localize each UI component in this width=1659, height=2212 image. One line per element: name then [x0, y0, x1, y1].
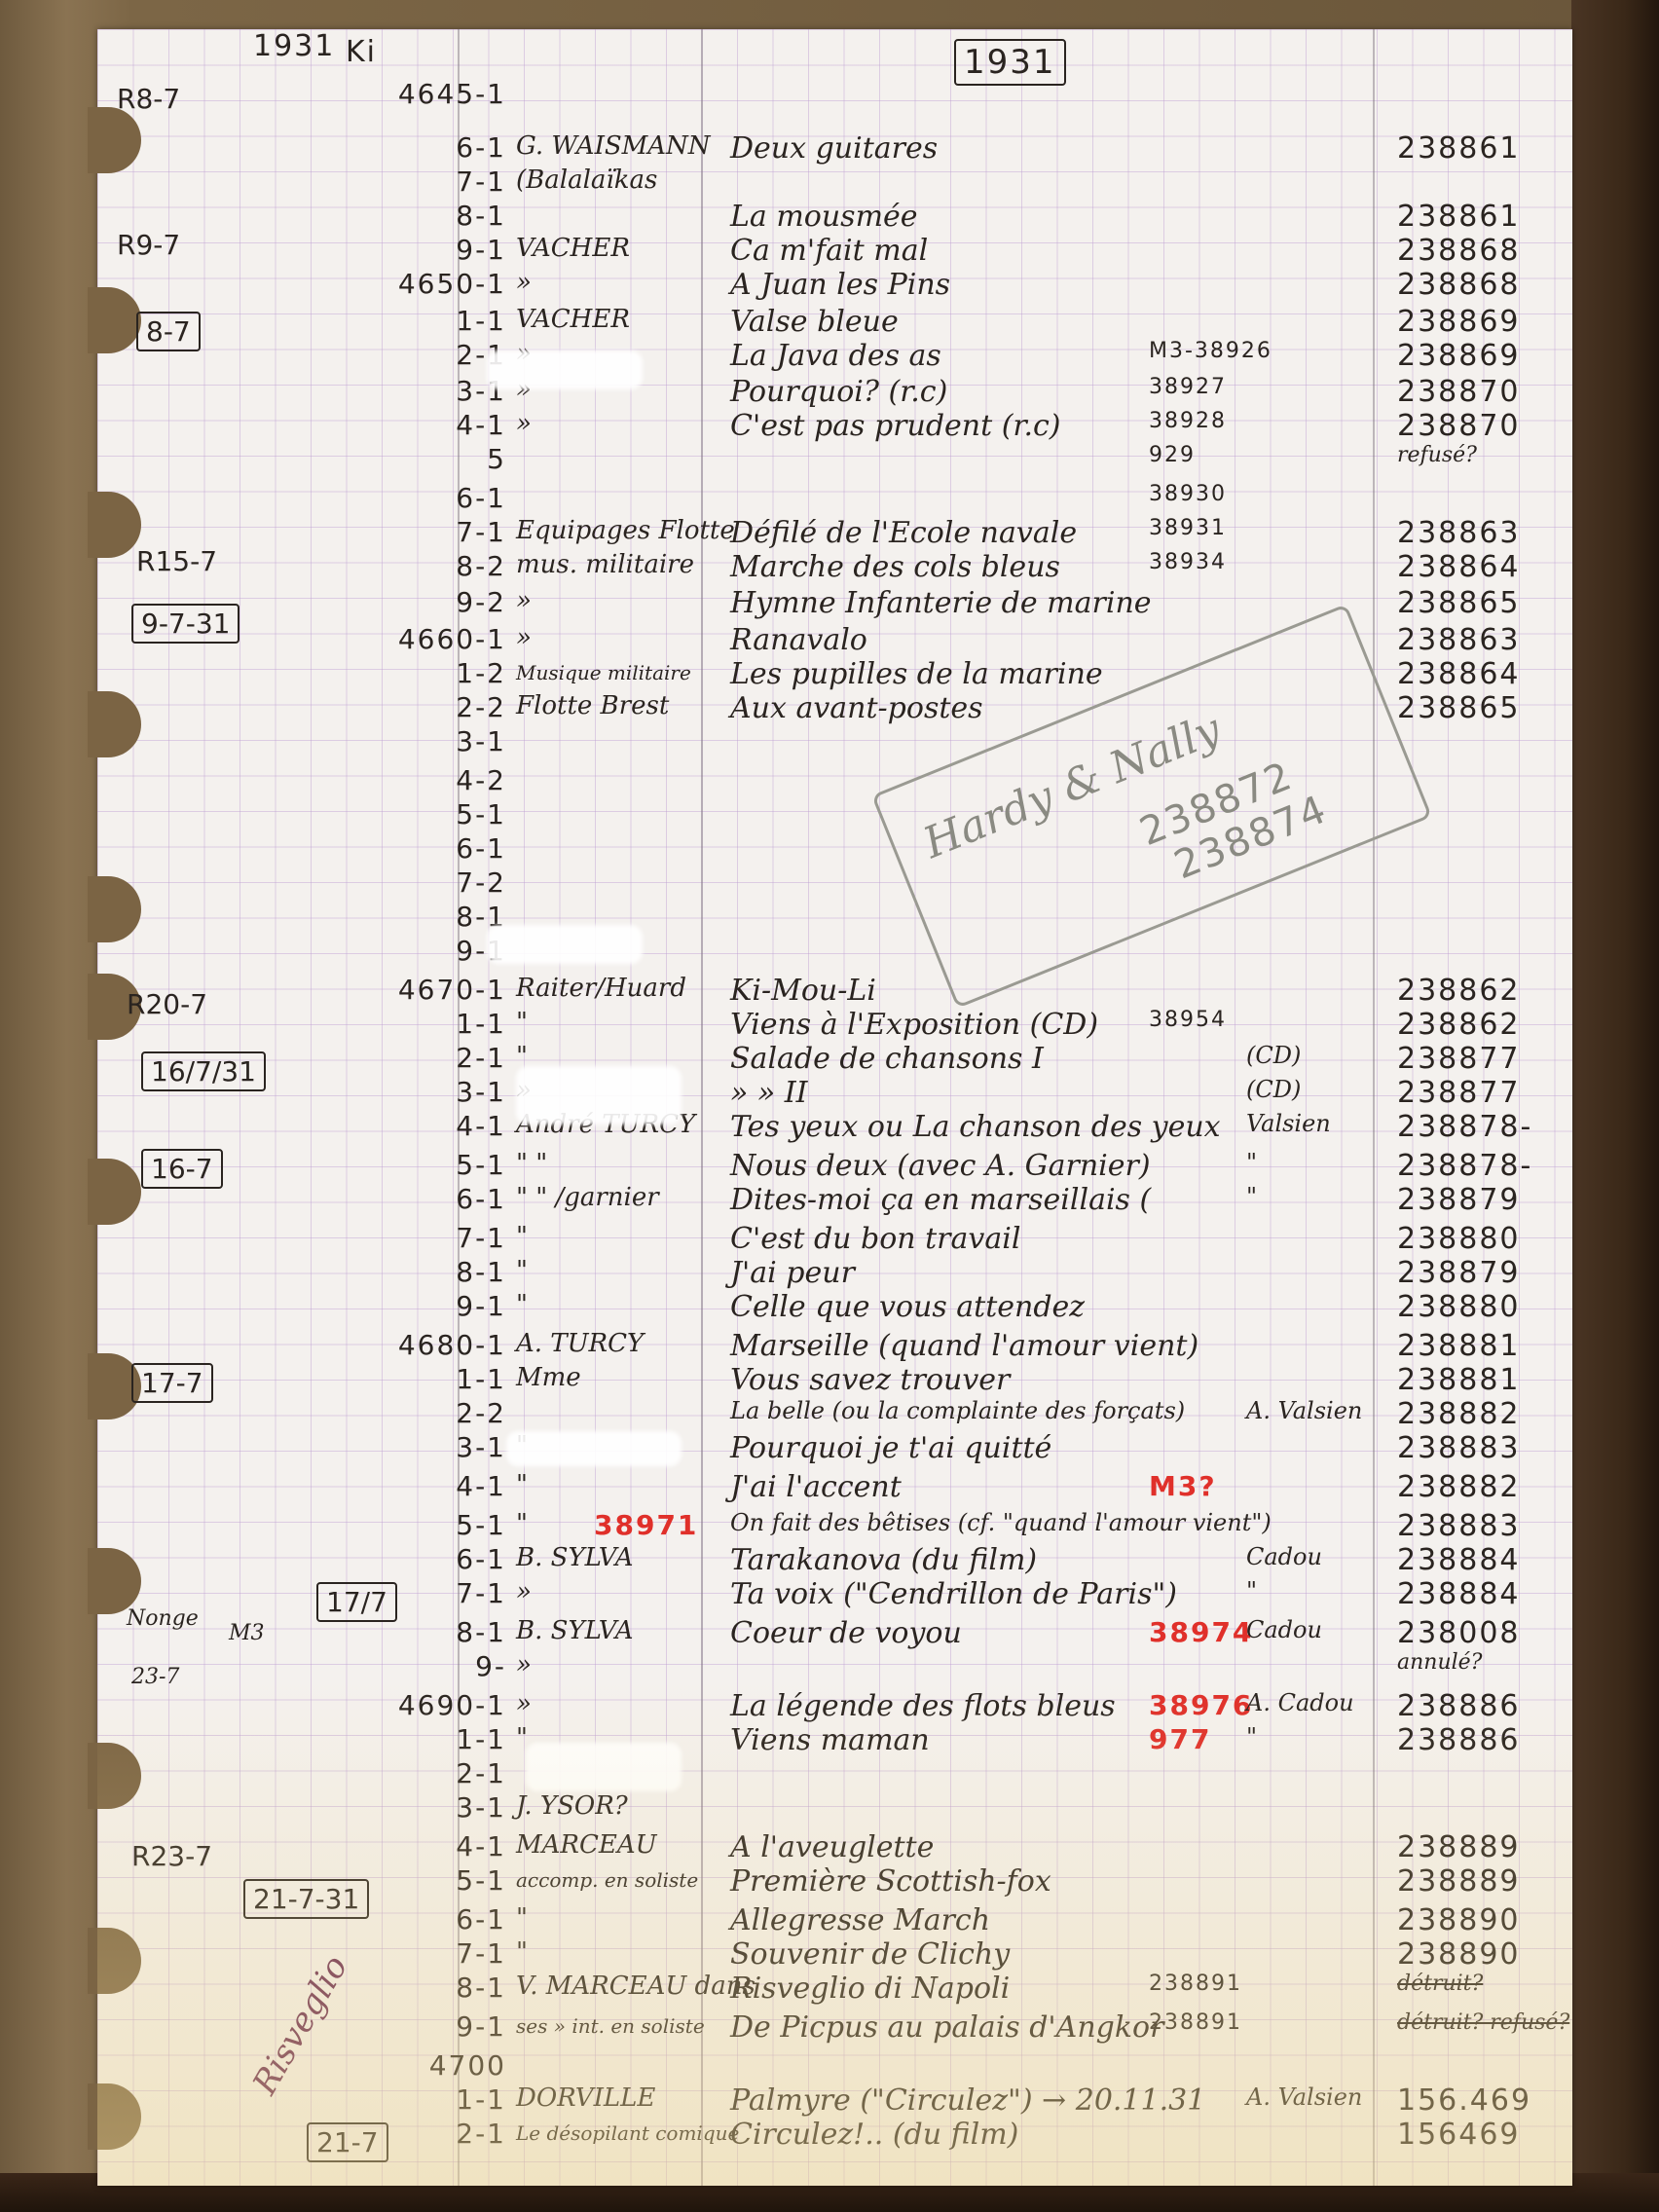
artist-name: " [516, 1903, 528, 1933]
matrix-number: 3-1 [360, 1076, 506, 1108]
matrix-number: 4-1 [360, 1830, 506, 1862]
catalog-number: 238864 [1397, 657, 1521, 691]
matrix-number: 4-1 [360, 409, 506, 441]
margin-note: R9-7 [117, 229, 180, 261]
song-title: Ca m'fait mal [730, 234, 928, 268]
matrix-number: 2-1 [360, 1757, 506, 1789]
binder-hole [88, 1928, 141, 1994]
catalog-number: 238881 [1397, 1363, 1521, 1397]
matrix-number: 7-1 [360, 166, 506, 198]
master-number: 977 [1149, 1723, 1211, 1755]
song-title: Viens à l'Exposition (CD) [730, 1008, 1098, 1042]
matrix-number: 1-1 [360, 1363, 506, 1395]
catalog-number: 238878- [1397, 1110, 1532, 1144]
song-title: Marche des cols bleus [730, 550, 1060, 584]
master-number: 38927 [1149, 375, 1227, 399]
song-title: Vous savez trouver [730, 1363, 1010, 1397]
matrix-number: 2-1 [360, 339, 506, 371]
catalog-number: 238878- [1397, 1149, 1532, 1183]
matrix-number: 5-1 [360, 1864, 506, 1897]
song-title: Celle que vous attendez [730, 1290, 1085, 1324]
song-title: Les pupilles de la marine [730, 657, 1103, 691]
artist-name: G. WAISMANN [516, 131, 711, 161]
catalog-number: 238877 [1397, 1076, 1521, 1110]
artist-name: Raiter/Huard [516, 974, 686, 1003]
matrix-number: 4-1 [360, 1470, 506, 1502]
matrix-number: 5 [360, 443, 506, 475]
margin-note: Nonge [127, 1606, 199, 1631]
matrix-number: 4645-1 [360, 78, 506, 110]
matrix-number: 7-2 [360, 866, 506, 899]
song-title: La mousmée [730, 200, 918, 234]
margin-note: Risveglio [245, 1949, 355, 2101]
matrix-number: 5-1 [360, 1149, 506, 1181]
header-year: 1931 [253, 29, 335, 63]
boxed-date-note: 21-7-31 [243, 1879, 369, 1919]
matrix-number: 3-1 [360, 375, 506, 407]
ledger-page: 1931 Ki 1931 R8-7R9-78-7R15-79-7-31R20-7… [97, 29, 1572, 2186]
song-title: Viens maman [730, 1723, 930, 1757]
catalog-number: 238865 [1397, 691, 1521, 725]
wood-background-right [1571, 0, 1659, 2212]
matrix-number: 8-2 [360, 550, 506, 582]
song-title: Circulez!.. (du film) [730, 2118, 1018, 2152]
song-title: Tarakanova (du film) [730, 1543, 1037, 1577]
song-title: Tes yeux ou La chanson des yeux [730, 1110, 1221, 1144]
binder-hole [88, 492, 141, 558]
catalog-number: 238883 [1397, 1509, 1521, 1543]
matrix-number: 1-2 [360, 657, 506, 689]
song-title: De Picpus au palais d'Angkor [730, 2010, 1163, 2045]
artist-name: » [516, 1577, 532, 1606]
artist-name: (Balalaïkas [516, 166, 657, 195]
artist-name: " [516, 1723, 528, 1752]
catalog-number: 238879 [1397, 1256, 1521, 1290]
song-title: Coeur de voyou [730, 1616, 962, 1650]
song-title: Deux guitares [730, 131, 938, 166]
artist-name: B. SYLVA [516, 1543, 634, 1572]
artist-name: " [516, 1937, 528, 1967]
artist-name: » [516, 1689, 532, 1718]
matrix-number: 1-1 [360, 1723, 506, 1755]
boxed-date-note: 16/7/31 [141, 1051, 266, 1091]
song-title: Marseille (quand l'amour vient) [730, 1329, 1198, 1363]
matrix-number: 7-1 [360, 1222, 506, 1254]
song-title: Ki-Mou-Li [730, 974, 876, 1008]
catalog-number: refusé? [1397, 443, 1477, 467]
matrix-number: 4-2 [360, 764, 506, 796]
matrix-number: 2-2 [360, 1397, 506, 1429]
song-title: Pourquoi je t'ai quitté [730, 1431, 1051, 1465]
matrix-number: 9- [360, 1650, 506, 1682]
binder-hole [88, 1159, 141, 1225]
song-title: A Juan les Pins [730, 268, 950, 302]
catalog-number: 238863 [1397, 516, 1521, 550]
correction-whiteout [516, 1066, 682, 1124]
artist-name: " [516, 1008, 528, 1037]
matrix-number: 2-1 [360, 2118, 506, 2150]
catalog-number: 238884 [1397, 1577, 1521, 1611]
master-number: 38974 [1149, 1616, 1253, 1648]
remark: " [1246, 1723, 1257, 1751]
boxed-date-note: 17-7 [131, 1363, 213, 1403]
artist-name: " [516, 1290, 528, 1319]
boxed-date-note: 16-7 [141, 1149, 223, 1189]
song-title: A l'aveuglette [730, 1830, 934, 1864]
artist-name: accomp. en soliste [516, 1868, 698, 1892]
artist-name: Flotte Brest [516, 691, 669, 720]
song-title: Ranavalo [730, 623, 867, 657]
catalog-number: 238879 [1397, 1183, 1521, 1217]
matrix-number: 9-1 [360, 935, 506, 967]
catalog-number: 238864 [1397, 550, 1521, 584]
catalog-number: 238890 [1397, 1903, 1521, 1937]
remark: Cadou [1246, 1616, 1322, 1643]
catalog-number: 238889 [1397, 1830, 1521, 1864]
song-title: Allegresse March [730, 1903, 990, 1937]
matrix-number: 9-1 [360, 1290, 506, 1322]
correction-whiteout [487, 925, 643, 964]
matrix-number: 9-1 [360, 234, 506, 266]
margin-note: 23-7 [131, 1665, 179, 1689]
binder-hole [88, 876, 141, 942]
song-title: » » II [730, 1076, 807, 1110]
master-number: 38976 [1149, 1689, 1253, 1721]
catalog-number: 238870 [1397, 409, 1521, 443]
matrix-number: 5-1 [360, 798, 506, 830]
catalog-number: 238861 [1397, 200, 1521, 234]
matrix-number: 8-1 [360, 1972, 506, 2004]
catalog-number: 238008 [1397, 1616, 1521, 1650]
catalog-number: 238877 [1397, 1042, 1521, 1076]
remark: " [1246, 1577, 1257, 1604]
catalog-number: 238868 [1397, 268, 1521, 302]
matrix-number: 4650-1 [360, 268, 506, 300]
catalog-number: 238886 [1397, 1689, 1521, 1723]
correction-whiteout [487, 350, 643, 389]
matrix-number: 1-1 [360, 305, 506, 337]
song-title: Aux avant-postes [730, 691, 983, 725]
master-number: M3? [1149, 1470, 1217, 1502]
artist-name: » [516, 1650, 532, 1679]
song-title: Ta voix ("Cendrillon de Paris") [730, 1577, 1177, 1611]
remark: A. Valsien [1246, 2083, 1362, 2111]
catalog-number: 238865 [1397, 586, 1521, 620]
catalog-number: 238886 [1397, 1723, 1521, 1757]
column-rule [701, 29, 703, 2186]
song-title: On fait des bêtises (cf. "quand l'amour … [730, 1509, 1272, 1536]
master-number: 238891 [1149, 2010, 1242, 2035]
song-title: C'est du bon travail [730, 1222, 1020, 1256]
artist-name: " [516, 1222, 528, 1251]
matrix-number: 4-1 [360, 1110, 506, 1142]
catalog-number: 156.469 [1397, 2083, 1531, 2118]
matrix-number: 1-1 [360, 1008, 506, 1040]
song-title: Hymne Infanterie de marine [730, 586, 1152, 620]
master-number: M3-38926 [1149, 339, 1272, 363]
matrix-number: 8-1 [360, 200, 506, 232]
matrix-number: 9-1 [360, 2010, 506, 2043]
correction-whiteout [506, 1431, 682, 1466]
matrix-number: 8-1 [360, 1616, 506, 1648]
artist-name: mus. militaire [516, 550, 694, 579]
song-title: Salade de chansons I [730, 1042, 1044, 1076]
remark: (CD) [1246, 1042, 1301, 1069]
song-title: Palmyre ("Circulez") → 20.11.31 [730, 2083, 1205, 2118]
catalog-number: 238882 [1397, 1470, 1521, 1504]
header-boxed-year: 1931 [954, 39, 1066, 86]
matrix-number: 9-2 [360, 586, 506, 618]
matrix-number: 6-1 [360, 131, 506, 164]
artist-name: MARCEAU [516, 1830, 657, 1860]
artist-name: Le désopilant comique [516, 2121, 739, 2145]
master-number: 38934 [1149, 550, 1227, 574]
song-title: Valse bleue [730, 305, 899, 339]
matrix-number: 4690-1 [360, 1689, 506, 1721]
binder-hole [88, 287, 141, 353]
master-number: 38928 [1149, 409, 1227, 433]
matrix-number: 3-1 [360, 1791, 506, 1824]
artist-name: DORVILLE [516, 2083, 655, 2113]
song-title: Défilé de l'Ecole navale [730, 516, 1077, 550]
artist-name: » [516, 586, 532, 615]
song-title: J'ai l'accent [730, 1470, 902, 1504]
artist-name: " [516, 1470, 528, 1499]
remark: A. Valsien [1246, 1397, 1362, 1424]
remark: Cadou [1246, 1543, 1322, 1570]
catalog-number: 238861 [1397, 131, 1521, 166]
master-number: 38954 [1149, 1008, 1227, 1032]
column-rule [1373, 29, 1375, 2186]
artist-name: J. YSOR? [516, 1791, 628, 1821]
artist-name: " [516, 1256, 528, 1285]
remark: A. Cadou [1246, 1689, 1354, 1716]
catalog-number: détruit? refusé? [1397, 2010, 1569, 2035]
artist-name: ses » int. en soliste [516, 2014, 705, 2038]
catalog-number: 156469 [1397, 2118, 1521, 2152]
master-number: 38930 [1149, 482, 1227, 506]
catalog-number: 238870 [1397, 375, 1521, 409]
catalog-number: 238862 [1397, 1008, 1521, 1042]
artist-name: " [516, 1509, 528, 1538]
artist-name: » [516, 268, 532, 297]
song-title: Pourquoi? (r.c) [730, 375, 947, 409]
catalog-number: annulé? [1397, 1650, 1482, 1675]
catalog-number: 238863 [1397, 623, 1521, 657]
artist-name: VACHER [516, 305, 630, 334]
matrix-number: 6-1 [360, 832, 506, 865]
margin-note: R8-7 [117, 83, 180, 115]
song-title: Première Scottish-fox [730, 1864, 1051, 1899]
song-title: La légende des flots bleus [730, 1689, 1116, 1723]
artist-name: A. TURCY [516, 1329, 644, 1358]
artist-name: » [516, 409, 532, 438]
catalog-number: 238882 [1397, 1397, 1521, 1431]
artist-name: Musique militaire [516, 661, 691, 684]
catalog-number: 238884 [1397, 1543, 1521, 1577]
binder-hole [88, 2083, 141, 2150]
remark: (CD) [1246, 1076, 1301, 1103]
catalog-number: 238869 [1397, 339, 1521, 373]
matrix-number: 6-1 [360, 1903, 506, 1935]
matrix-number: 7-1 [360, 1937, 506, 1970]
artist-name: B. SYLVA [516, 1616, 634, 1645]
matrix-number: 1-1 [360, 2083, 506, 2116]
catalog-number: 238881 [1397, 1329, 1521, 1363]
binder-hole [88, 691, 141, 757]
matrix-number: 4700 [360, 2049, 506, 2082]
catalog-number: 238862 [1397, 974, 1521, 1008]
song-title: C'est pas prudent (r.c) [730, 409, 1061, 443]
song-title: Risveglio di Napoli [730, 1972, 1010, 2006]
boxed-date-note: 9-7-31 [131, 604, 240, 644]
matrix-number: 6-1 [360, 1543, 506, 1575]
matrix-number: 5-1 [360, 1509, 506, 1541]
header-ki: Ki [346, 35, 377, 69]
matrix-number: 7-1 [360, 516, 506, 548]
matrix-number: 2-1 [360, 1042, 506, 1074]
song-title: Nous deux (avec A. Garnier) [730, 1149, 1151, 1183]
remark: " [1246, 1149, 1257, 1176]
artist-name: Equipages Flotte [516, 516, 735, 545]
correction-whiteout [526, 1743, 682, 1791]
catalog-number: 238889 [1397, 1864, 1521, 1899]
catalog-number: 238868 [1397, 234, 1521, 268]
catalog-number: 238869 [1397, 305, 1521, 339]
binder-hole [88, 1743, 141, 1809]
matrix-number: 2-2 [360, 691, 506, 723]
boxed-date-note: 8-7 [136, 312, 201, 351]
matrix-number: 4670-1 [360, 974, 506, 1006]
margin-note: M3 [229, 1621, 265, 1645]
margin-note: R15-7 [136, 545, 217, 577]
song-title: J'ai peur [730, 1256, 855, 1290]
margin-note: R20-7 [127, 988, 207, 1020]
remark: Valsien [1246, 1110, 1331, 1137]
binder-hole [88, 1548, 141, 1614]
matrix-number: 6-1 [360, 1183, 506, 1215]
master-number: 929 [1149, 443, 1196, 467]
artist-name: " " [516, 1149, 547, 1178]
catalog-number: 238880 [1397, 1290, 1521, 1324]
remark: " [1246, 1183, 1257, 1210]
artist-name: » [516, 623, 532, 652]
song-title: Dites-moi ça en marseillais ( [730, 1183, 1151, 1217]
matrix-number: 6-1 [360, 482, 506, 514]
artist-name: Mme [516, 1363, 581, 1392]
matrix-number: 4680-1 [360, 1329, 506, 1361]
margin-note: R23-7 [131, 1840, 212, 1872]
master-number: 238891 [1149, 1972, 1242, 1996]
binder-hole [88, 107, 141, 173]
artist-name: V. MARCEAU dans [516, 1972, 756, 2001]
catalog-number: 238890 [1397, 1937, 1521, 1972]
matrix-number: 8-1 [360, 1256, 506, 1288]
master-number: 38931 [1149, 516, 1227, 540]
artist-name: " " /garnier [516, 1183, 659, 1212]
matrix-number: 4660-1 [360, 623, 506, 655]
master-number: 38971 [594, 1509, 698, 1541]
catalog-number: 238880 [1397, 1222, 1521, 1256]
song-title: La belle (ou la complainte des forçats) [730, 1397, 1185, 1424]
matrix-number: 7-1 [360, 1577, 506, 1609]
matrix-number: 3-1 [360, 1431, 506, 1463]
catalog-number: 238883 [1397, 1431, 1521, 1465]
catalog-number: détruit? [1397, 1972, 1483, 1996]
song-title: La Java des as [730, 339, 941, 373]
matrix-number: 8-1 [360, 901, 506, 933]
artist-name: VACHER [516, 234, 630, 263]
matrix-number: 3-1 [360, 725, 506, 757]
song-title: Souvenir de Clichy [730, 1937, 1010, 1972]
